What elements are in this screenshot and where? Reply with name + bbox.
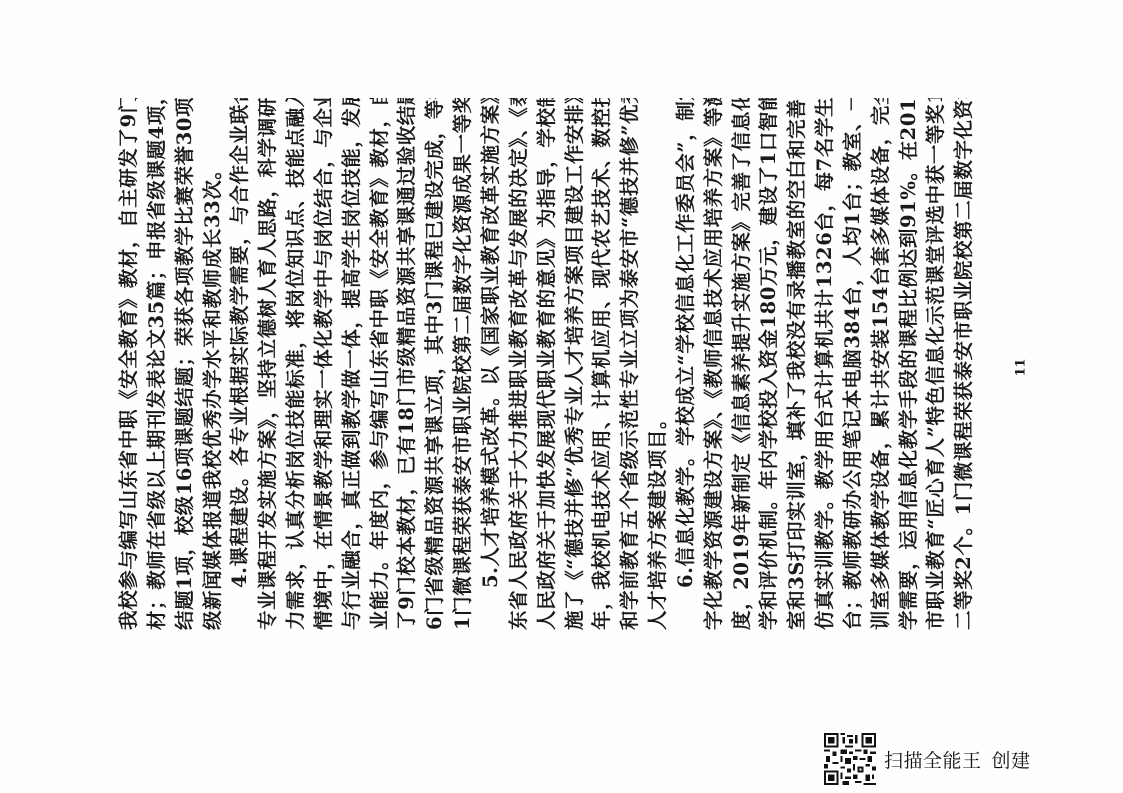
page-number: 11	[1014, 358, 1029, 376]
text-line: 和学前教育五个省级示范性专业立项为泰安市“德技并修”优秀专业	[616, 98, 644, 630]
text-line: 业能力。年度内，参与编写山东省中职《安全教育》教材，自主研发	[366, 98, 394, 630]
camscanner-watermark: 扫描全能王创建	[824, 733, 1031, 785]
text-line: 我校参与编写山东省中职《安全教育》教材，自主研发了9门校本教	[115, 98, 143, 630]
text-line: 4.课程建设。各专业根据实际教学需要，与合作企业联合修订《各	[226, 98, 254, 630]
text-line: 6门省级精品资源共享课立项，其中3门课程已建设完成，等待验收，	[421, 98, 449, 630]
text-line: 度，2019年新制定《信息素养提升实施方案》完善了信息化教	[728, 98, 756, 630]
text-line: 材；教师在省级以上期刊发表论文35篇；申报省级课题4项，省级	[143, 98, 171, 630]
text-line: 力需求，认真分析岗位技能标准，将岗位知识点、技能点融入到教学	[282, 98, 310, 630]
text-line: 训室多媒体教学设备，累计共安装154台套多媒体设备，完全满足教	[867, 98, 895, 630]
text-line: 市职业教育“匠心育人”特色信息化示范课堂评选中获一等奖1个、	[922, 98, 950, 630]
text-line: 东省人民政府关于大力推进职业教育改革与发展的决定》、《泰安市	[505, 98, 533, 630]
text-line: 学需要，运用信息化教学手段的课程比例达到91%。在2019年泰安	[895, 98, 923, 630]
text-line: 5.人才培养模式改革。以《国家职业教育改革实施方案》、《山	[477, 98, 505, 630]
text-line: 1门微课程荣获泰安市职业院校第二届数字化资源成果一等奖。	[449, 98, 477, 630]
text-line: 情境中，在情景教学和理实一体化教学中与岗位结合，与企业联合、	[310, 98, 338, 630]
text-line: 结题1项，校级16项课题结题；荣获各项教学比赛荣誉30项。在各	[171, 98, 199, 630]
text-line: 施了《“德技并修”优秀专业人才培养方案项目建设工作安排》。2019	[561, 98, 589, 630]
text-line: 学和评价机制。年内学校投入资金180万元，建设了1口智能录播教	[755, 98, 783, 630]
text-line: 人才培养方案建设项目。	[644, 98, 672, 630]
rotated-text-block: 我校参与编写山东省中职《安全教育》教材，自主研发了9门校本教材；教师在省级以上期…	[115, 98, 979, 630]
qr-code-icon	[824, 733, 876, 785]
text-line: 专业课程开发实施方案》，坚持立德树人育人思路，科学调研岗位能	[254, 98, 282, 630]
scanned-page: 我校参与编写山东省中职《安全教育》教材，自主研发了9门校本教材；教师在省级以上期…	[0, 0, 1123, 793]
text-line: 室和3S打印实训室，填补了我校没有录播教室的空白和完善了专业	[783, 98, 811, 630]
text-line: 6.信息化教学。学校成立“学校信息化工作委员会”，制定《数	[672, 98, 700, 630]
text-line: 年，我校机电技术应用、计算机应用、现代农艺技术、数控技术应用	[588, 98, 616, 630]
text-line: 了9门校本教材，已有18门市级精品资源共享课通过验收结题，有	[393, 98, 421, 630]
text-line: 字化教学资源建设方案》、《教师信息技术应用培养方案》等激励制	[700, 98, 728, 630]
text-line: 人民政府关于加快发展现代职业教育的意见》为指导，学校制定和实	[533, 98, 561, 630]
watermark-app-name: 扫描全能王	[884, 750, 982, 772]
text-line: 与行业融合，真正做到教学做一体，提高学生岗位技能，发展学生从	[338, 98, 366, 630]
text-line: 二等奖2个。1门微课程荣获泰安市职业院校第二届数字化资源成果	[950, 98, 978, 630]
watermark-action: 创建	[992, 750, 1031, 772]
text-line: 台；教师教研办公用笔记本电脑384台，人均1台；教室、一体化实	[839, 98, 867, 630]
text-line: 仿真实训教学。教学用台式计算机共计1326台，每7名学生占有1.81	[811, 98, 839, 630]
text-line: 级新闻媒体报道我校优秀办学水平和教师成长33次。	[199, 98, 227, 630]
watermark-text: 扫描全能王创建	[884, 746, 1031, 773]
